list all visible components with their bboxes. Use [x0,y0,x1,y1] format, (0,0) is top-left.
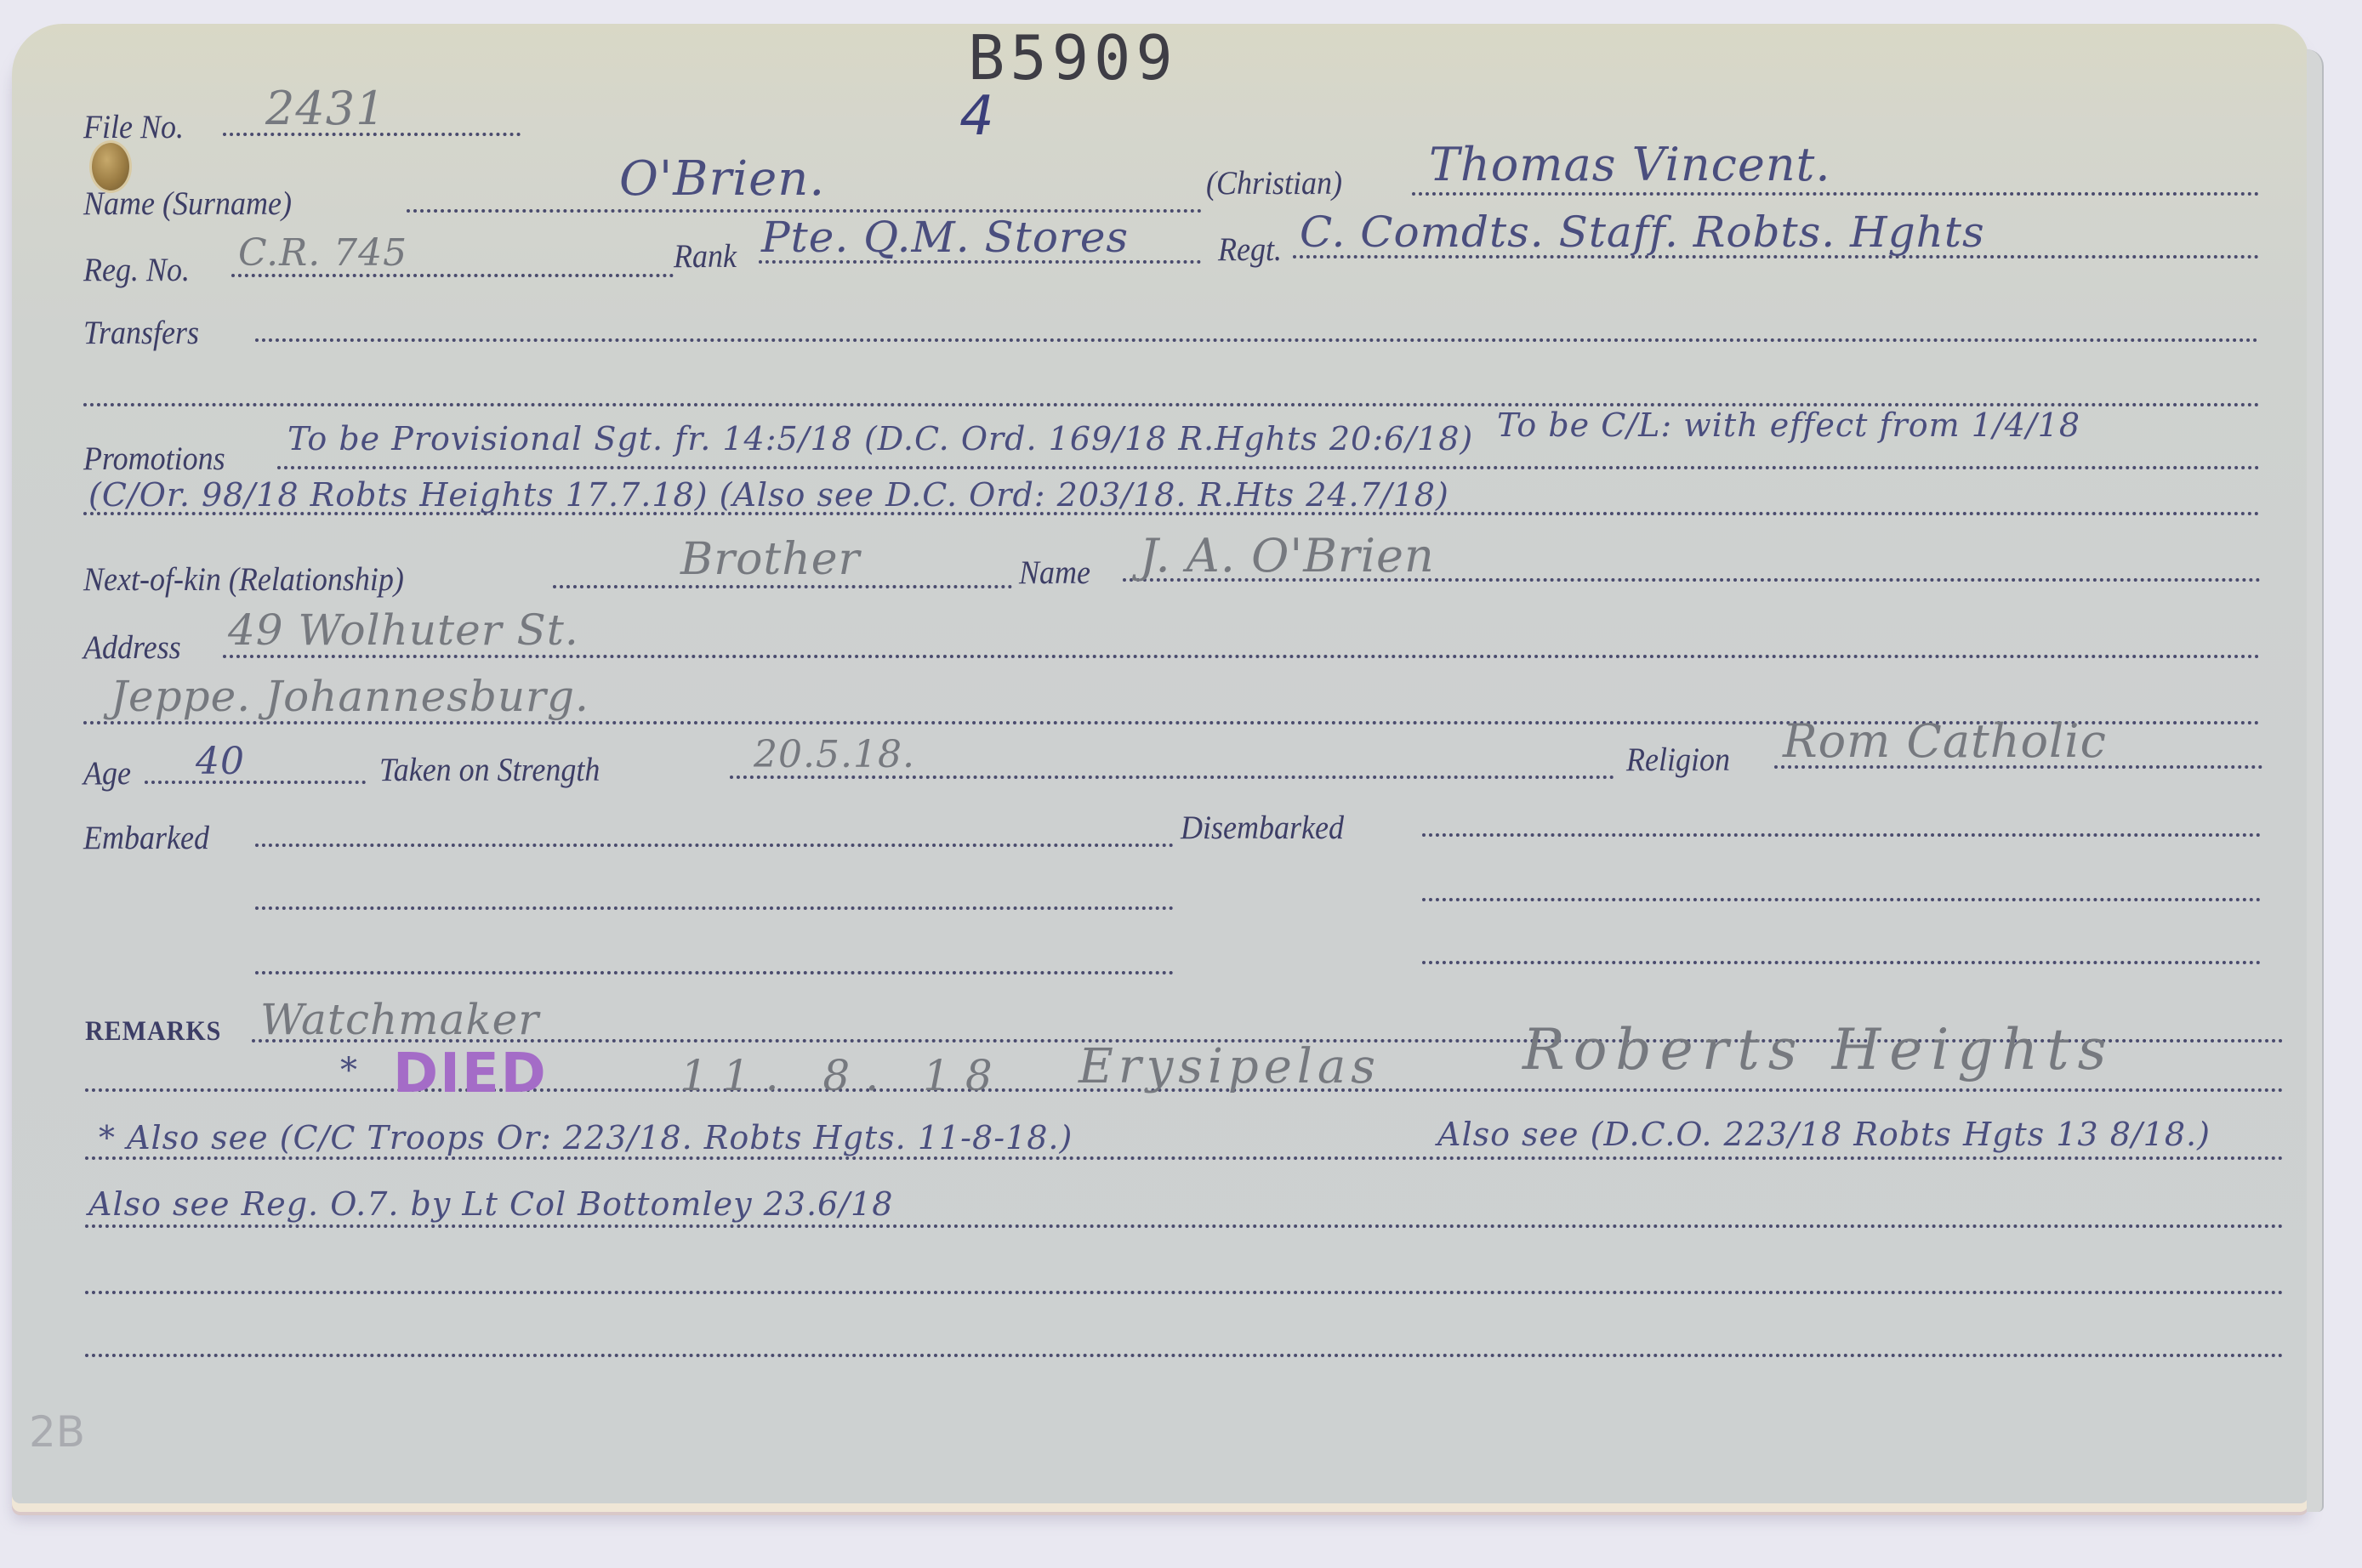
christian-line [1412,192,2259,196]
value-remarks-line3-b: Also see (D.C.O. 223/18 Robts Hgts 13 8/… [1437,1116,2211,1153]
label-disembarked: Disembarked [1181,808,1344,847]
value-address-line2: Jeppe. Johannesburg. [111,672,589,721]
promotions-line [277,466,2261,469]
value-nok-name: J. A. O'Brien [1140,529,1435,582]
value-age: 40 [196,740,245,783]
value-rank: Pte. Q.M. Stores [761,213,1129,262]
value-died-date: 11. 8. 18 [680,1051,1008,1100]
nok-relationship-line [553,585,1012,588]
label-age: Age [83,753,131,793]
label-address: Address [83,628,181,667]
embarked-line-3 [255,971,1174,974]
died-stamp: DIED [393,1042,548,1105]
asterisk-mark: * [340,1051,358,1090]
label-next-of-kin: Next-of-kin (Relationship) [83,560,404,599]
label-embarked: Embarked [83,818,209,857]
address-line [223,655,2261,658]
value-remarks-line4: Also see Reg. O.7. by Lt Col Bottomley 2… [88,1185,893,1223]
disembarked-line-2 [1422,898,2261,901]
value-promotions-line1: To be Provisional Sgt. fr. 14:5/18 (D.C.… [287,420,1473,457]
remarks-line-5 [85,1291,2285,1294]
card-number-stamp: B5909 [968,22,1178,94]
label-regt: Regt. [1218,230,1282,269]
transfers-line [255,338,2259,342]
value-regt: C. Comdts. Staff. Robts. Hghts [1300,207,1985,257]
value-reg-no: C.R. 745 [238,231,407,275]
value-remarks-line3-a: * Also see (C/C Troops Or: 223/18. Robts… [99,1119,1073,1156]
value-place-of-death: Roberts Heights [1522,1017,2115,1082]
disembarked-line-3 [1422,961,2261,964]
card-number-suffix: 4 [959,85,994,148]
value-address-line1: 49 Wolhuter St. [228,605,579,655]
value-nok-relationship: Brother [680,534,860,585]
label-nok-name: Name [1019,553,1090,592]
label-promotions: Promotions [83,439,225,478]
remarks-line-3 [85,1156,2285,1160]
corner-pencil-mark: 2B [29,1407,85,1457]
value-promotions-line1-b: To be C/L: with effect from 1/4/18 [1497,406,2080,444]
label-rank: Rank [674,236,737,276]
label-file-no: File No. [83,107,184,146]
age-line [145,781,366,784]
value-taken-on-strength: 20.5.18. [754,733,915,776]
value-surname: O'Brien. [619,151,825,207]
value-religion: Rom Catholic [1783,714,2107,768]
value-remarks-occupation: Watchmaker [260,995,539,1044]
label-surname: Name (Surname) [83,184,292,223]
disembarked-line [1422,833,2261,837]
value-christian: Thomas Vincent. [1429,138,1831,191]
label-religion: Religion [1626,740,1730,779]
value-file-no: 2431 [265,82,385,135]
label-transfers: Transfers [83,313,199,352]
embarked-line [255,844,1174,847]
remarks-line-4 [85,1224,2285,1228]
card-stack-edge [2307,49,2324,1512]
remarks-line-6 [85,1354,2285,1357]
value-cause-of-death: Erysipelas [1079,1039,1380,1094]
label-taken-on-strength: Taken on Strength [379,750,600,789]
label-reg-no: Reg. No. [83,250,190,289]
value-promotions-line2: (C/Or. 98/18 Robts Heights 17.7.18) (Als… [88,476,1449,514]
label-christian: (Christian) [1206,163,1342,202]
embarked-line-2 [255,906,1174,910]
label-remarks: REMARKS [85,1015,221,1047]
